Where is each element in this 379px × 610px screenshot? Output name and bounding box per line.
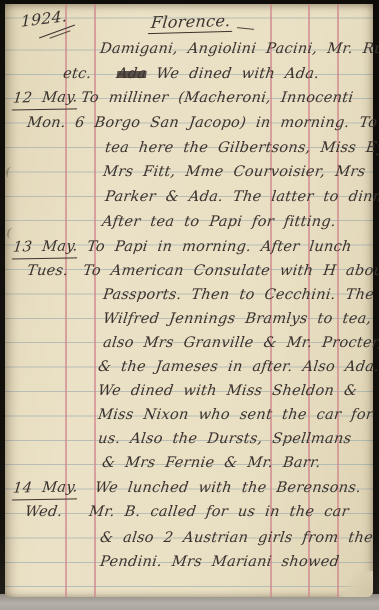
year-label: 1924.	[20, 10, 68, 30]
entry-date-text: 13 May.	[12, 237, 79, 259]
diary-line: Mr. B. called for us in the car	[88, 503, 350, 522]
diary-line: 6 Borgo San Jacopo) in morning. To	[74, 114, 379, 133]
diary-line-text: To Papi in morning. After lunch	[86, 239, 353, 255]
diary-page-scan: 1924. Florence. Damigani, Angiolini Paci…	[0, 0, 379, 610]
struck-word: Ada	[116, 66, 147, 82]
diary-line-text: & also 2 Austrian girls from the	[99, 530, 374, 546]
diary-line: To American Consulate with H about	[82, 262, 379, 281]
diary-line: To milliner (Macheroni, Innocenti	[80, 89, 355, 108]
diary-line: To Papi in morning. After lunch	[86, 238, 353, 257]
diary-line: & the Jameses in after. Also Ada.	[97, 358, 379, 377]
diary-line-text: Parker & Ada. The latter to dinner.	[104, 189, 379, 205]
page-title: Florence.	[148, 12, 234, 33]
diary-line-text: Mr. B. called for us in the car	[88, 504, 350, 520]
diary-line: tea here the Gilbertsons, Miss Eyre,	[104, 139, 379, 158]
diary-line: us. Also the Dursts, Spellmans	[97, 430, 353, 449]
page-corner-fold	[339, 571, 373, 597]
margin-mark	[5, 166, 16, 179]
entry-day-14-may: Wed.	[24, 503, 64, 522]
entry-day-13-may: Tues.	[26, 262, 69, 281]
diary-line-text: We dined with Miss Sheldon &	[97, 383, 358, 399]
intro-dined-line: Ada We dined with Ada.	[116, 65, 320, 84]
diary-line-text: us. Also the Dursts, Spellmans	[97, 431, 352, 447]
diary-line: & also 2 Austrian girls from the	[99, 529, 374, 548]
diary-line-text: Passports. Then to Cecchini. The	[102, 287, 375, 303]
diary-line: Passports. Then to Cecchini. The	[102, 286, 375, 305]
intro-etc: etc.	[62, 65, 93, 84]
entry-date-text: 14 May.	[12, 478, 79, 500]
diary-line: We dined with Miss Sheldon &	[97, 382, 359, 401]
diary-line: Miss Nixon who sent the car for	[97, 406, 374, 425]
intro-dined-text: We dined with Ada.	[155, 66, 320, 82]
diary-line-text: tea here the Gilbertsons, Miss Eyre,	[104, 140, 379, 156]
entry-date-text: 12 May.	[12, 88, 79, 110]
entry-day-text: Wed.	[24, 504, 63, 520]
diary-line: After tea to Papi for fitting.	[101, 213, 337, 232]
diary-line-text: Miss Nixon who sent the car for	[97, 407, 374, 423]
diary-line-text: To American Consulate with H about	[82, 263, 379, 279]
diary-line: Wilfred Jennings Bramlys to tea,	[102, 310, 373, 329]
diary-line: & Mrs Fernie & Mr. Barr.	[101, 454, 322, 473]
year-text: 1924.	[21, 7, 67, 31]
intro-etc-text: etc.	[62, 66, 92, 82]
diary-line: Pendini. Mrs Mariani showed	[99, 553, 340, 572]
diary-line-text: After tea to Papi for fitting.	[101, 214, 337, 230]
diary-line-text: & the Jameses in after. Also Ada.	[97, 359, 379, 375]
diary-line-text: Pendini. Mrs Mariani showed	[99, 554, 340, 570]
diary-line: We lunched with the Berensons.	[94, 479, 362, 498]
entry-day-text: Tues.	[26, 263, 69, 279]
diary-line-text: also Mrs Granville & Mr. Procter,	[102, 335, 379, 351]
diary-line-text: To milliner (Macheroni, Innocenti	[80, 90, 354, 106]
entry-day-text: Mon.	[26, 115, 67, 131]
diary-line-text: Mrs Fitt, Mme Courvoisier, Mrs	[102, 164, 366, 180]
diary-line-text: & Mrs Fernie & Mr. Barr.	[101, 455, 322, 471]
diary-line-text: We lunched with the Berensons.	[94, 480, 362, 496]
diary-line: Mrs Fitt, Mme Courvoisier, Mrs	[102, 163, 367, 182]
entry-date-14-may: 14 May.	[12, 479, 79, 500]
notebook-page: 1924. Florence. Damigani, Angiolini Paci…	[5, 4, 373, 597]
entry-date-13-may: 13 May.	[12, 238, 79, 259]
diary-line: Parker & Ada. The latter to dinner.	[104, 188, 379, 207]
diary-line-text: 6 Borgo San Jacopo) in morning. To	[74, 115, 378, 131]
entry-date-12-may: 12 May.	[12, 89, 79, 110]
title-flourish	[237, 27, 254, 30]
intro-names-text: Damigani, Angiolini Pacini, Mr. Russell	[99, 41, 379, 57]
entry-day-12-may: Mon.	[26, 114, 67, 133]
diary-line-text: Wilfred Jennings Bramlys to tea,	[102, 311, 372, 327]
page-title-text: Florence.	[148, 11, 234, 34]
diary-line: also Mrs Granville & Mr. Procter,	[102, 334, 379, 353]
intro-names-line: Damigani, Angiolini Pacini, Mr. Russell	[99, 40, 379, 59]
